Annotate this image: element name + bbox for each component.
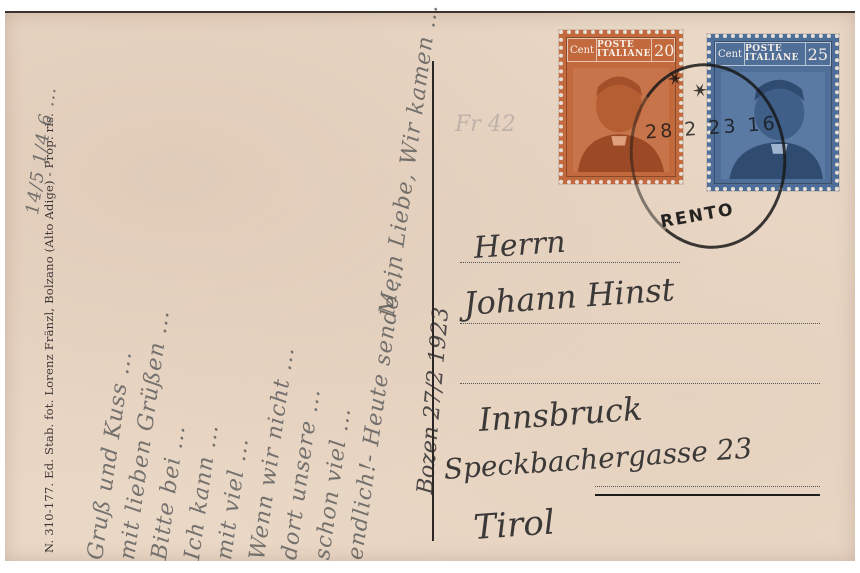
address-region: Tirol <box>472 502 556 548</box>
address-name: Johann Hinst <box>462 270 675 323</box>
address-underline <box>595 494 820 496</box>
stamp-denomination: 25 <box>805 43 830 65</box>
pencil-note: Fr 42 <box>455 113 516 137</box>
stamp-country: POSTE ITALIANE <box>745 45 805 63</box>
address-line <box>595 486 820 487</box>
address-city: Innsbruck <box>477 390 643 439</box>
address-line <box>460 383 820 384</box>
postcard: N. 310-177. Ed. Stab. fot. Lorenz Fränzl… <box>5 11 855 561</box>
address-street: Speckbachergasse 23 <box>443 432 754 486</box>
address-line <box>460 323 820 324</box>
stamp-denomination: 20 <box>651 39 676 61</box>
stamp-unit: Cent <box>568 39 597 61</box>
center-divider <box>432 61 434 541</box>
stamp-country: POSTE ITALIANE <box>597 41 651 59</box>
stamp-unit: Cent <box>716 43 745 65</box>
address-salutation: Herrn <box>473 225 567 266</box>
